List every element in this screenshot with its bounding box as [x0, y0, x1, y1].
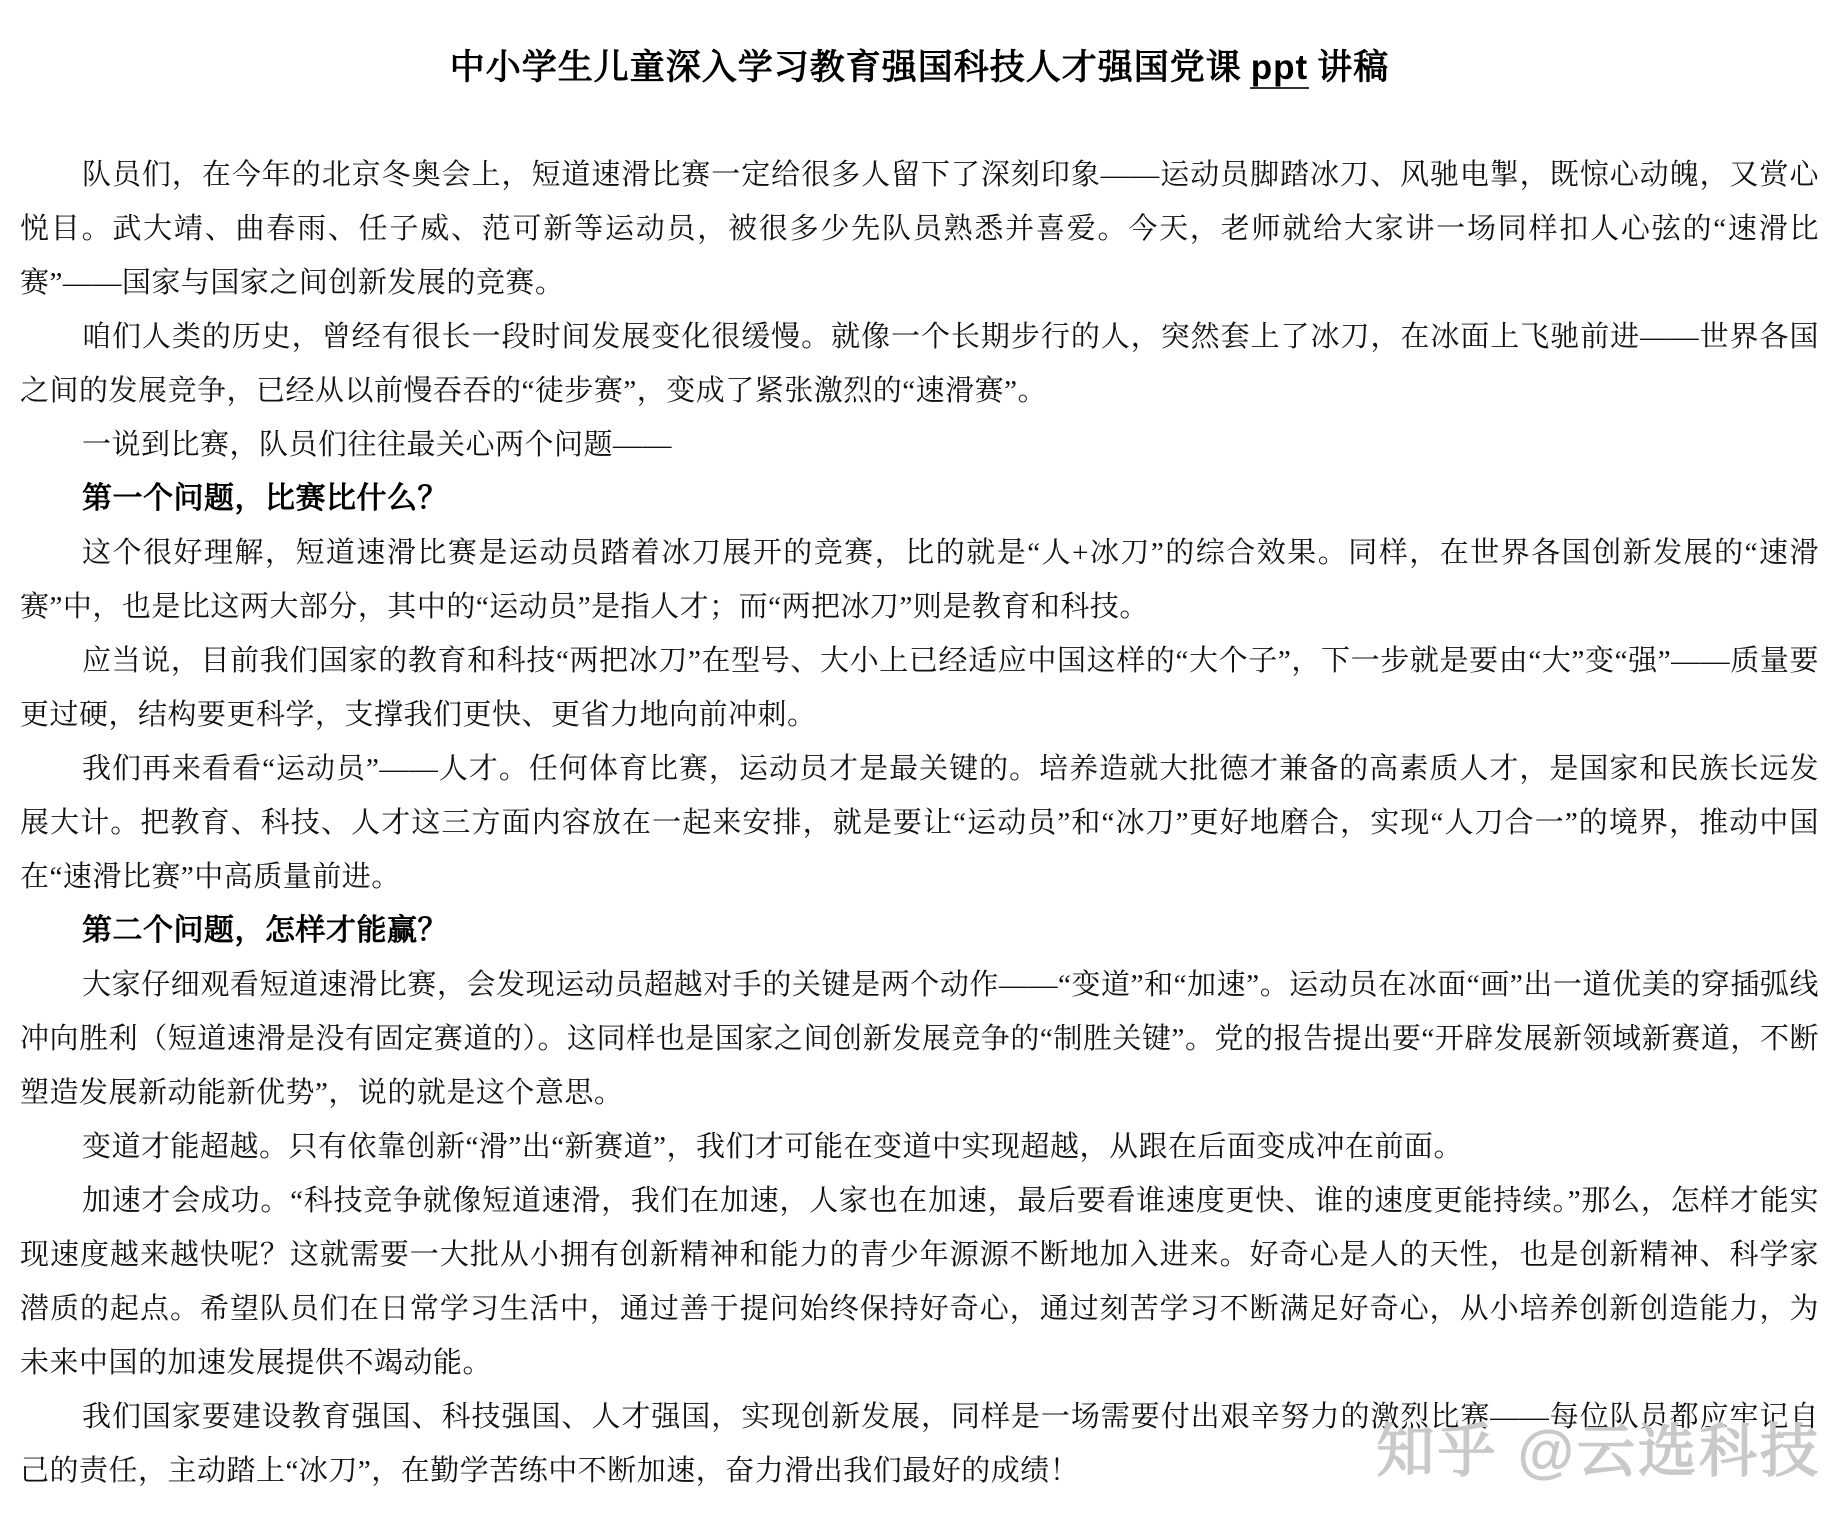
paragraph-q1-explain: 这个很好理解，短道速滑比赛是运动员踏着冰刀展开的竞赛，比的就是“人+冰刀”的综合…	[20, 526, 1819, 634]
paragraph-two-questions: 一说到比赛，队员们往往最关心两个问题——	[20, 418, 1819, 472]
paragraph-acceleration: 加速才会成功。“科技竞争就像短道速滑，我们在加速，人家也在加速，最后要看谁速度更…	[20, 1174, 1819, 1390]
paragraph-athlete-talent: 我们再来看看“运动员”——人才。任何体育比赛，运动员才是最关键的。培养造就大批德…	[20, 742, 1819, 904]
heading-question-2: 第二个问题，怎样才能赢？	[20, 904, 1819, 958]
paragraph-history: 咱们人类的历史，曾经有很长一段时间发展变化很缓慢。就像一个长期步行的人，突然套上…	[20, 310, 1819, 418]
heading-question-1: 第一个问题，比赛比什么？	[20, 472, 1819, 526]
document-title-ppt: ppt	[1250, 48, 1309, 89]
paragraph-intro: 队员们，在今年的北京冬奥会上，短道速滑比赛一定给很多人留下了深刻印象——运动员脚…	[20, 148, 1819, 310]
paragraph-win-keys: 大家仔细观看短道速滑比赛，会发现运动员超越对手的关键是两个动作——“变道”和“加…	[20, 958, 1819, 1120]
document-title-suffix: 讲稿	[1317, 48, 1389, 87]
paragraph-lane-change: 变道才能超越。只有依靠创新“滑”出“新赛道”，我们才可能在变道中实现超越，从跟在…	[20, 1120, 1819, 1174]
document-title: 中小学生儿童深入学习教育强国科技人才强国党课ppt讲稿	[20, 40, 1819, 90]
paragraph-two-blades: 应当说，目前我们国家的教育和科技“两把冰刀”在型号、大小上已经适应中国这样的“大…	[20, 634, 1819, 742]
document-canvas: { "title": { "part1": "中小学生儿童深入学习教育强国科技人…	[0, 0, 1835, 1517]
document-page: 中小学生儿童深入学习教育强国科技人才强国党课ppt讲稿 队员们，在今年的北京冬奥…	[0, 0, 1835, 1498]
zhihu-watermark: 知乎 @云选科技	[1376, 1404, 1821, 1488]
document-title-text: 中小学生儿童深入学习教育强国科技人才强国党课	[450, 48, 1242, 87]
